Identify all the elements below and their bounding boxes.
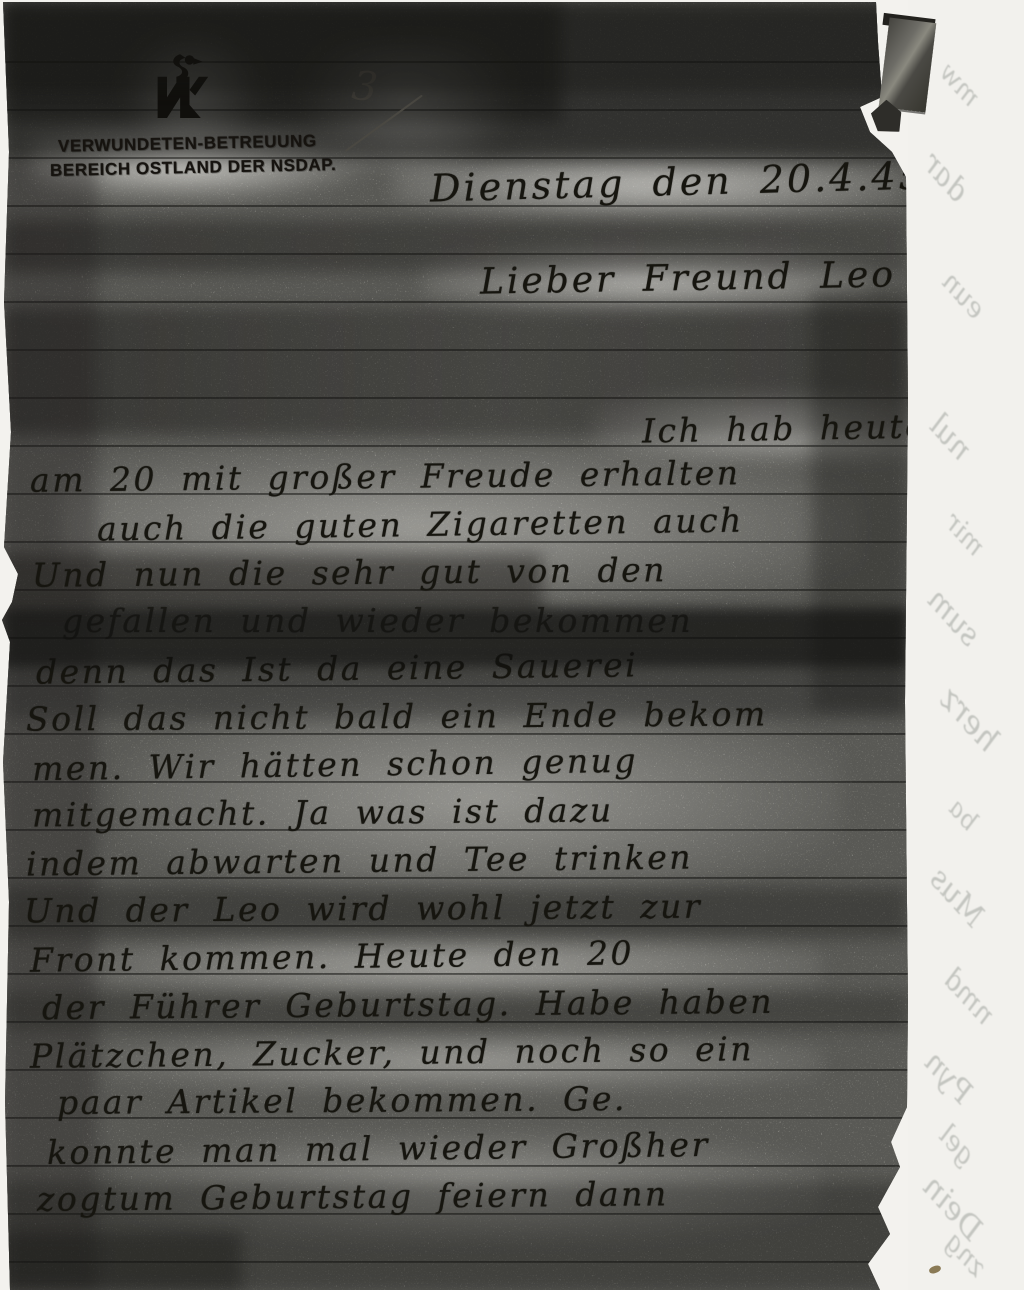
ghost-handwriting: herz — [932, 680, 1008, 759]
handwriting-line: am 20 mit großer Freude erhalten — [30, 453, 741, 499]
ghost-handwriting: nul — [921, 408, 979, 467]
handwriting-line: indem abwarten und Tee trinken — [26, 838, 693, 884]
handwriting-line: der Führer Geburtstag. Habe haben — [42, 982, 774, 1027]
handwriting-line: konnte man mal wieder Großher — [47, 1125, 710, 1172]
ghost-handwriting: dar — [916, 147, 976, 209]
handwriting-line: Und der Leo wird wohl jetzt zur — [24, 887, 702, 931]
ghost-handwriting: nmd — [936, 962, 1002, 1031]
ghost-handwriting: gel — [931, 1120, 982, 1172]
dark-band-top — [2, 2, 908, 92]
ghost-handwriting: zng — [939, 1227, 993, 1282]
paper-margin: mw dar eun nul mir sum herz ba Mus nmd P… — [908, 0, 1024, 1290]
ghost-handwriting: mir — [938, 508, 991, 562]
handwriting-line: Front kommen. Heute den 20 — [30, 933, 634, 979]
ghost-handwriting: mw — [933, 58, 987, 113]
handwriting-line: mitgemacht. Ja was ist dazu — [32, 790, 614, 834]
ghost-handwriting: sum — [919, 582, 987, 652]
handwriting-line: zogtum Geburtstag feiern dann — [37, 1174, 669, 1219]
handwriting-line: Und nun die sehr gut von den — [32, 550, 667, 595]
salutation: Lieber Freund Leo — [480, 254, 897, 302]
ghost-handwriting: ba — [942, 793, 984, 835]
handwriting-line: paar Artikel bekommen. Ge. — [57, 1079, 627, 1122]
handwriting-line: Soll das nicht bald ein Ende bekom — [26, 694, 768, 738]
handwriting-line: Plätzchen, Zucker, und noch so ein — [30, 1029, 754, 1076]
letter-page: VERWUNDETEN-BETREUUNG BEREICH OSTLAND DE… — [2, 2, 908, 1290]
dark-band — [2, 1232, 242, 1290]
ghost-handwriting: Pyn — [916, 1045, 980, 1110]
dark-band-obscuring — [2, 608, 908, 668]
handwriting-line: Ich hab heute — [642, 407, 928, 451]
ghost-handwriting: Mus — [922, 861, 992, 933]
ghost-handwriting: eun — [935, 266, 992, 324]
scanned-letter-scene: mw dar eun nul mir sum herz ba Mus nmd P… — [0, 0, 1024, 1290]
